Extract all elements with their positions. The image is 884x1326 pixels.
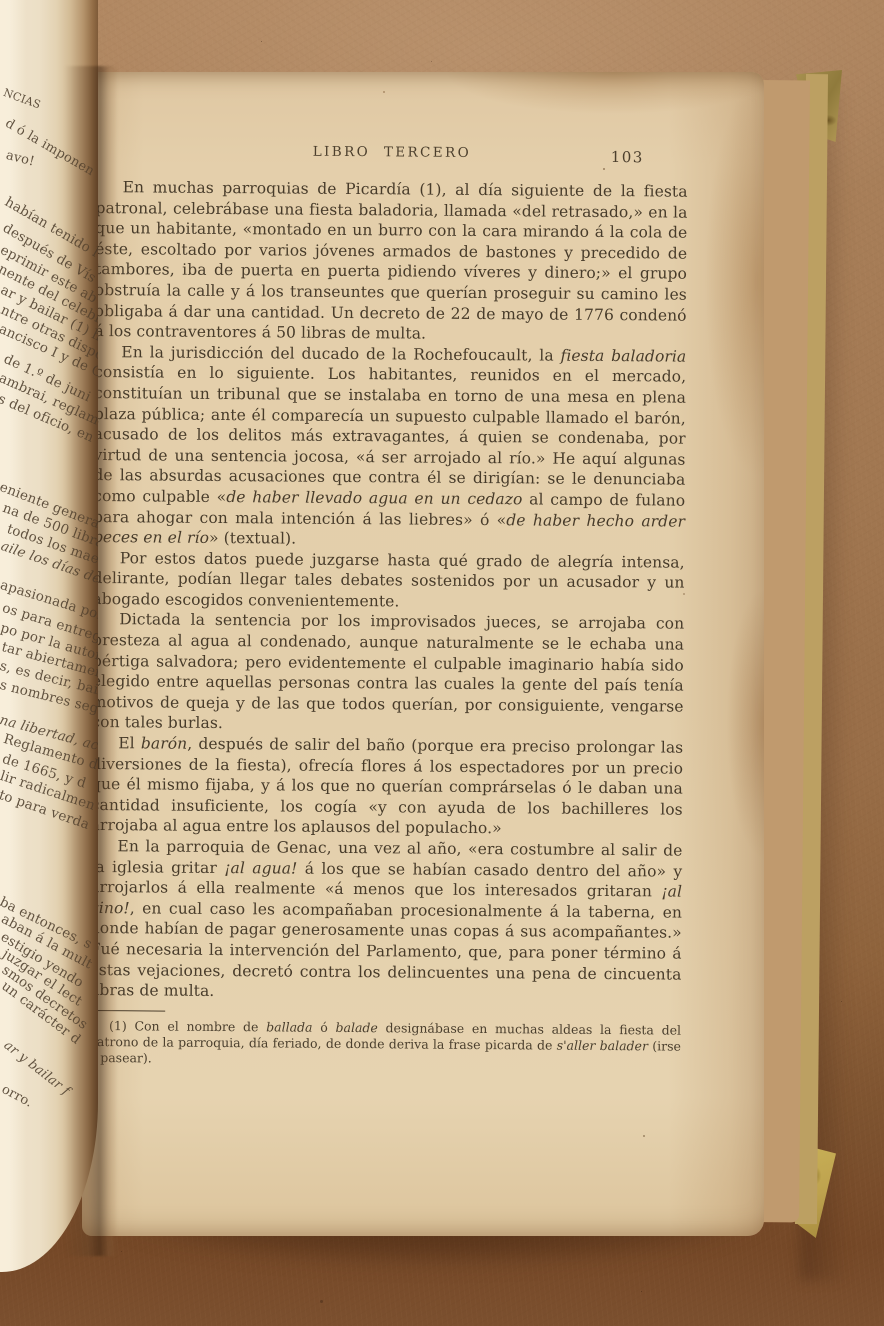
text-run: fiesta baladoria [560,346,686,365]
paragraph: En muchas parroquias de Picardía (1), al… [94,177,687,346]
text-run: consistía en lo siguiente. Los habitante… [93,363,686,506]
text-run: barón [141,734,188,752]
text-run: ¡al agua! [224,859,297,878]
text-run: (1) Con el nombre de [109,1018,266,1034]
text-run: El [118,734,141,752]
running-head-title: LIBRO TERCERO [96,142,688,163]
paragraph: En la parroquia de Genac, una vez al año… [89,836,682,1005]
text-run: s'aller balader [557,1037,648,1053]
text-run: ballada [266,1019,312,1034]
text-run: balade [335,1020,377,1035]
previous-page-text-fragment: d ó la imponen [3,116,97,179]
paragraph: Dictada la sentencia por los improvisado… [91,609,684,737]
footnote-rule [89,1010,165,1012]
text-run: En muchas parroquias de Picardía (1), al… [94,178,687,343]
book-photo: LIBRO TERCERO 103 En muchas parroquias d… [0,0,884,1326]
previous-page-edge: NCIASd ó la imponenavo!habían tenido lde… [0,0,98,1272]
text-run: de haber llevado agua en un cedazo [226,488,522,508]
book-page: LIBRO TERCERO 103 En muchas parroquias d… [82,72,764,1236]
text-run: Dictada la sentencia por los improvisado… [91,611,684,733]
text-run: » (textual). [209,529,296,548]
body-text: En muchas parroquias de Picardía (1), al… [89,177,687,1005]
running-header: LIBRO TERCERO 103 [96,142,688,165]
previous-page-text-fragment: orro. [0,1082,35,1111]
text-run: En la jurisdicción del ducado de la Roch… [121,343,560,364]
page-number: 103 [611,148,644,166]
previous-page-text-fragment: NCIAS [2,86,43,112]
text-run: , en cual caso les acompañaban procesion… [89,899,682,1000]
previous-page-text-fragment: avo! [4,148,36,170]
text-run: ó [312,1019,335,1034]
paragraph: En la jurisdicción del ducado de la Roch… [93,342,687,553]
paragraph: Por estos datos puede juzgarse hasta qué… [92,548,684,614]
paragraph: El barón, después de salir del baño (por… [91,733,684,841]
page-content: LIBRO TERCERO 103 En muchas parroquias d… [89,142,688,1070]
text-run: Por estos datos puede juzgarse hasta qué… [92,549,684,610]
footnote: (1) Con el nombre de ballada ó balade de… [89,1018,681,1070]
